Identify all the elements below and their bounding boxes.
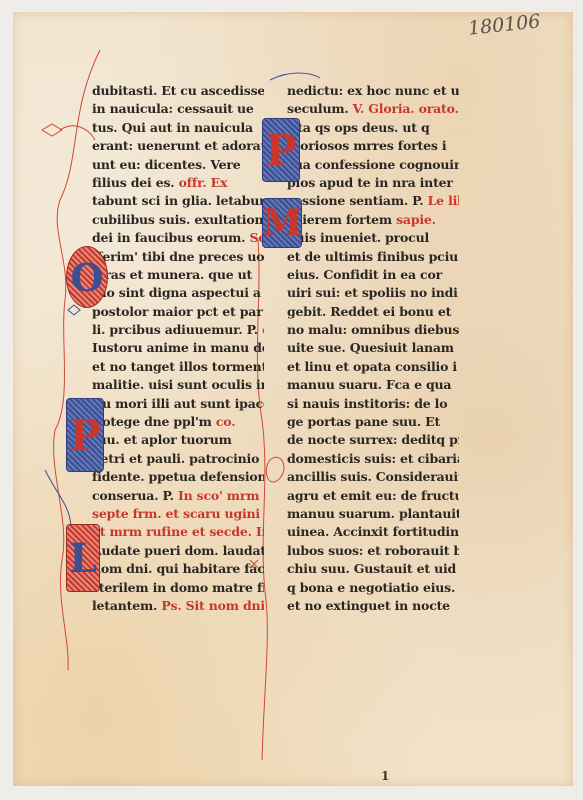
rubric-text: co.: [216, 414, 235, 429]
text-line: agru et emit eu: de fructu: [287, 487, 459, 505]
text-line: Audate pueri dom. laudate: [92, 542, 264, 560]
text-line: lubos suos: et roborauit br: [287, 542, 459, 560]
text-line: conserua. P. In sco' mrm: [92, 487, 264, 505]
line-text: fferim' tibi dne preces uo: [92, 249, 264, 264]
text-line: unt eu: dicentes. Vere: [92, 156, 264, 174]
text-line: Rta qs ops deus. ut q: [287, 119, 459, 137]
text-line: Iustoru anime in manu dei sit.: [92, 339, 264, 357]
line-text: lubos suos: et roborauit br: [287, 543, 459, 558]
text-line: seculum. V. Gloria. orato.: [287, 100, 459, 118]
line-text: uiri sui: et spoliis no indi: [287, 285, 458, 300]
text-line: uiri sui: et spoliis no indi: [287, 284, 459, 302]
text-line: et no extinguet in nocte: [287, 597, 459, 615]
line-text: tus. Qui aut in nauicula: [92, 120, 253, 135]
line-text: et linu et opata consilio i: [287, 359, 457, 374]
rubric-text: septe frm. et scaru ugini: [92, 506, 260, 521]
text-line: et de ultimis finibus pciu: [287, 248, 459, 266]
decorated-initial-p-left: P: [66, 398, 104, 472]
rubric-text: offr. Ex: [179, 175, 228, 190]
text-line: manuu suaru. Fca e qua: [287, 376, 459, 394]
text-line: cessione sentiam. P. Le libri: [287, 192, 459, 210]
line-text: sterilem in domo matre filioru: [92, 580, 264, 595]
line-text: de nocte surrex: deditq preda: [287, 432, 459, 447]
text-line: tus. Qui aut in nauicula: [92, 119, 264, 137]
text-line: nedictu: ex hoc nunc et usq in: [287, 82, 459, 100]
line-text: et de ultimis finibus pciu: [287, 249, 458, 264]
line-text: seculum.: [287, 101, 349, 116]
text-line: et mrm rufine et secde. Int.: [92, 523, 264, 541]
line-text: et no extinguet in nocte: [287, 598, 450, 613]
decorated-initial-m: M: [262, 198, 302, 248]
text-line: Ulierem fortem sapie.: [287, 211, 459, 229]
text-line: fferim' tibi dne preces uo: [92, 248, 264, 266]
text-line: filius dei es. offr. Ex: [92, 174, 264, 192]
line-text: uinea. Accinxit fortitudine: [287, 524, 459, 539]
text-line: gloriosos mrres fortes i: [287, 137, 459, 155]
text-line: nom dni. qui habitare fac: [92, 560, 264, 578]
text-line: ancillis suis. Considerauit: [287, 468, 459, 486]
line-text: unt eu: dicentes. Vere: [92, 157, 241, 172]
line-text: Audate pueri dom. laudate: [92, 543, 264, 558]
folio-mark: 1: [381, 769, 389, 783]
text-line: no malu: omnibus diebus: [287, 321, 459, 339]
line-text: petri et pauli. patrocinio co: [92, 451, 264, 466]
text-line: tuo sint digna aspectui a: [92, 284, 264, 302]
line-text: uite sue. Quesiuit lanam: [287, 340, 454, 355]
line-text: si nauis institoris: de lo: [287, 396, 447, 411]
line-text: agru et emit eu: de fructu: [287, 488, 459, 503]
text-line: et no tanget illos tormentu: [92, 358, 264, 376]
text-line: et linu et opata consilio i: [287, 358, 459, 376]
text-line: eius. Confidit in ea cor: [287, 266, 459, 284]
line-text: fidente. ppetua defensione: [92, 469, 264, 484]
decorated-initial-p-right: P: [262, 118, 300, 182]
text-line: stras et munera. que ut: [92, 266, 264, 284]
text-line: li. prcibus adiuuemur. P. co.: [92, 321, 264, 339]
text-line: petri et pauli. patrocinio co: [92, 450, 264, 468]
line-text: postolor maior pct et par: [92, 304, 263, 319]
line-text: nedictu: ex hoc nunc et usq in: [287, 83, 459, 98]
line-text: letantem.: [92, 598, 157, 613]
text-line: in nauicula: cessauit ue: [92, 100, 264, 118]
line-text: q bona e negotiatio eius.: [287, 580, 455, 595]
line-text: manuu suaru. Fca e qua: [287, 377, 451, 392]
line-text: conserua. P.: [92, 488, 174, 503]
left-text-column: dubitasti. Et cu ascedisset in nauicula:…: [92, 82, 264, 615]
line-text: Rotege dne ppl'm: [92, 414, 212, 429]
text-line: fidente. ppetua defensione: [92, 468, 264, 486]
text-line: quis inueniet. procul: [287, 229, 459, 247]
line-text: Ulierem fortem: [287, 212, 392, 227]
text-line: letantem. Ps. Sit nom dni be: [92, 597, 264, 615]
text-line: manuu suarum. plantauit: [287, 505, 459, 523]
text-line: sterilem in domo matre filioru: [92, 579, 264, 597]
line-text: cubilibus suis. exultationes: [92, 212, 264, 227]
text-line: malitie. uisi sunt oculis insipie: [92, 376, 264, 394]
rubric-text: Le libri: [428, 193, 459, 208]
line-text: Rta qs ops deus. ut q: [287, 120, 430, 135]
rubric-text: Ps. Sit nom dni be: [161, 598, 264, 613]
line-text: ge portas pane suu. Et: [287, 414, 440, 429]
line-text: gloriosos mrres fortes i: [287, 138, 446, 153]
line-text: malitie. uisi sunt oculis insipie: [92, 377, 264, 392]
text-line: uinea. Accinxit fortitudine: [287, 523, 459, 541]
line-text: no malu: omnibus diebus: [287, 322, 459, 337]
text-line: pios apud te in nra inter: [287, 174, 459, 192]
line-text: et no tanget illos tormentu: [92, 359, 264, 374]
text-line: tabunt sci in glia. letabunt in: [92, 192, 264, 210]
line-text: li. prcibus adiuuemur. P.: [92, 322, 258, 337]
line-text: in nauicula: cessauit ue: [92, 101, 254, 116]
text-line: chiu suu. Gustauit et uid: [287, 560, 459, 578]
line-text: pios apud te in nra inter: [287, 175, 453, 190]
line-text: sua confessione cognouimus: [287, 157, 459, 172]
rubric-text: V. Gloria. orato.: [353, 101, 459, 116]
line-text: tuu. et aplor tuorum: [92, 432, 232, 447]
right-text-column: nedictu: ex hoc nunc et usq in seculum. …: [287, 82, 459, 615]
line-text: ancillis suis. Considerauit: [287, 469, 459, 484]
line-text: cessione sentiam. P.: [287, 193, 423, 208]
line-text: quis inueniet. procul: [287, 230, 429, 245]
text-line: gebit. Reddet ei bonu et: [287, 303, 459, 321]
line-text: tiu mori illi aut sunt ipace.: [92, 396, 264, 411]
line-text: nom dni. qui habitare fac: [92, 561, 264, 576]
line-text: tabunt sci in glia. letabunt in: [92, 193, 264, 208]
rubric-text: co.: [262, 322, 264, 337]
text-line: postolor maior pct et par: [92, 303, 264, 321]
decorated-initial-l: L: [66, 524, 100, 592]
text-line: uite sue. Quesiuit lanam: [287, 339, 459, 357]
text-line: tiu mori illi aut sunt ipace. Pt: [92, 395, 264, 413]
rubric-text: et mrm rufine et secde. Int.: [92, 524, 264, 539]
line-text: filius dei es.: [92, 175, 174, 190]
text-line: erant: uenerunt et adorauer: [92, 137, 264, 155]
text-line: q bona e negotiatio eius.: [287, 579, 459, 597]
line-text: dubitasti. Et cu ascedisset: [92, 83, 264, 98]
text-line: cubilibus suis. exultationes: [92, 211, 264, 229]
rubric-text: In sco' mrm: [178, 488, 259, 503]
text-line: sua confessione cognouimus: [287, 156, 459, 174]
text-line: ge portas pane suu. Et: [287, 413, 459, 431]
text-line: de nocte surrex: deditq preda: [287, 431, 459, 449]
text-line: dei in faucibus eorum. Sec.: [92, 229, 264, 247]
line-text: stras et munera. que ut: [92, 267, 252, 282]
line-text: manuu suarum. plantauit: [287, 506, 459, 521]
text-line: domesticis suis: et cibaria: [287, 450, 459, 468]
line-text: Iustoru anime in manu dei sit.: [92, 340, 264, 355]
line-text: chiu suu. Gustauit et uid: [287, 561, 456, 576]
line-text: dei in faucibus eorum.: [92, 230, 245, 245]
line-text: domesticis suis: et cibaria: [287, 451, 459, 466]
decorated-initial-o: O: [66, 246, 108, 308]
text-line: Rotege dne ppl'm co.: [92, 413, 264, 431]
text-line: si nauis institoris: de lo: [287, 395, 459, 413]
line-text: eius. Confidit in ea cor: [287, 267, 442, 282]
rubric-text: sapie.: [396, 212, 436, 227]
line-text: erant: uenerunt et adorauer: [92, 138, 264, 153]
line-text: tuo sint digna aspectui a: [92, 285, 261, 300]
text-line: tuu. et aplor tuorum: [92, 431, 264, 449]
text-line: dubitasti. Et cu ascedisset: [92, 82, 264, 100]
line-text: gebit. Reddet ei bonu et: [287, 304, 451, 319]
text-line: septe frm. et scaru ugini: [92, 505, 264, 523]
